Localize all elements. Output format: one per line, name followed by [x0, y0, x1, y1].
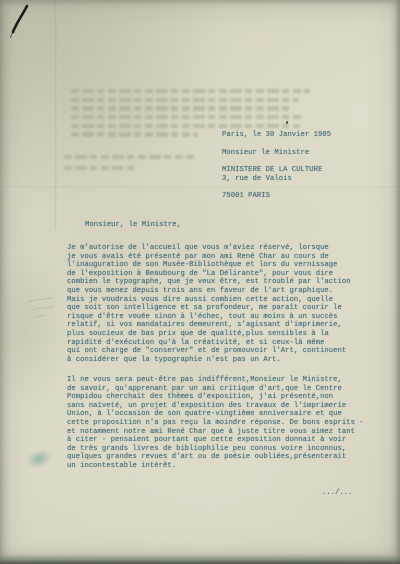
ghost-text-line: [64, 155, 194, 159]
paper-crease: [54, 0, 57, 230]
recipient-title: Monsieur le Ministre: [222, 149, 309, 158]
recipient-ministry: MINISTERE DE LA CULTURE: [222, 166, 322, 175]
ghost-text-line: [71, 98, 299, 102]
body-paragraph-1: Je m'autorise de l'accueil que vous m'av…: [67, 244, 351, 364]
salutation: Monsieur, le Ministre,: [85, 221, 181, 230]
ghost-text-line: [71, 89, 310, 93]
body-paragraph-2: Il ne vous sera peut-être pas indifféren…: [67, 376, 364, 471]
ghost-text-line: [71, 106, 293, 110]
pencil-scribble-mark: [22, 294, 58, 322]
paper-crease: [0, 186, 400, 189]
ghost-bleedthrough-closing: [64, 155, 204, 177]
photo-edge-shadow: [0, 554, 400, 564]
continuation-mark: .../...: [322, 489, 353, 498]
letter-page: Paris, le 30 Janvier 1985 Monsieur le Mi…: [0, 0, 400, 564]
paper-stain: [0, 250, 70, 410]
photo-edge-shadow: [394, 0, 400, 564]
recipient-street: 3, rue de Valois: [222, 175, 292, 184]
recipient-city: 75001 PARIS: [222, 192, 270, 201]
ghost-text-line: [64, 166, 137, 170]
ghost-text-line: [71, 132, 198, 136]
place-date-line: Paris, le 30 Janvier 1985: [222, 131, 331, 140]
ghost-text-line: [71, 115, 304, 119]
ink-smudge: [24, 446, 55, 472]
ghost-text-line: [71, 124, 300, 128]
pen-stroke-mark: [3, 1, 43, 45]
